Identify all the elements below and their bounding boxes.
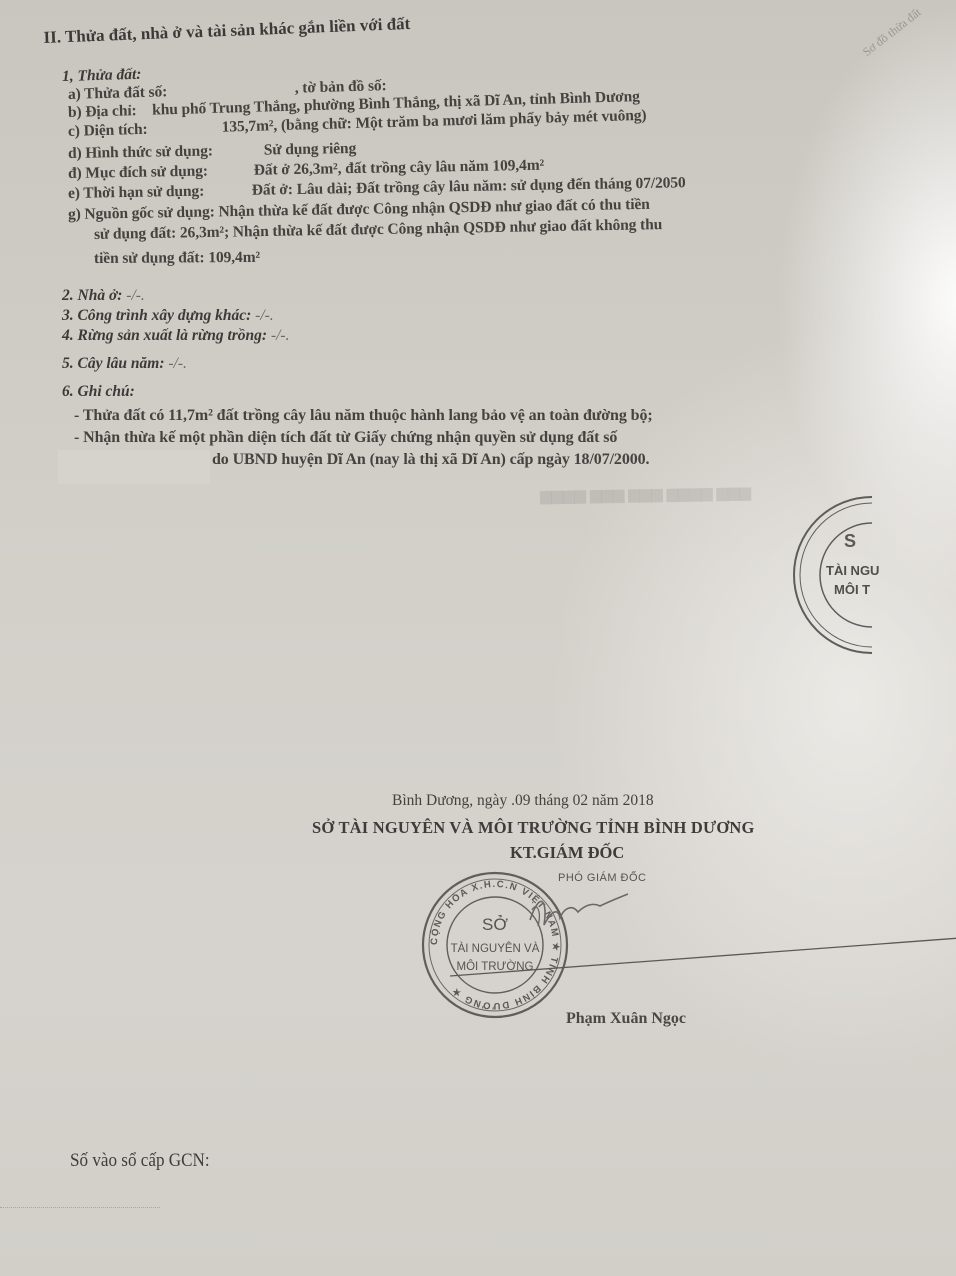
address-label: b) Địa chỉ: [68, 102, 137, 121]
map-sheet-label: , tờ bản đồ số: [294, 77, 386, 97]
partial-seal: S TÀI NGU MÔI T [780, 495, 900, 655]
item-production-forest: 4. Rừng sản xuất là rừng trồng: -/-. [62, 327, 289, 345]
item-house: 2. Nhà ở: -/-. [62, 287, 145, 305]
registry-number-label: Số vào sổ cấp GCN: [70, 1150, 210, 1172]
faint-dotted-line [0, 1207, 160, 1208]
svg-text:TÀI NGU: TÀI NGU [826, 563, 879, 578]
land-number-label: a) Thửa đất số: [68, 83, 168, 103]
issuing-organization: SỞ TÀI NGUYÊN VÀ MÔI TRƯỜNG TỈNH BÌNH DƯ… [312, 818, 755, 838]
place-date: Bình Dương, ngày .09 tháng 02 năm 2018 [392, 792, 654, 810]
usage-form-value: Sử dụng riêng [264, 140, 357, 159]
signer-title: KT.GIÁM ĐỐC [510, 843, 624, 863]
note-2: - Nhận thừa kế một phần diện tích đất từ… [74, 429, 617, 447]
land-number-value [171, 93, 291, 96]
usage-purpose-label: đ) Mục đích sử dụng: [68, 162, 250, 183]
usage-form-label: d) Hình thức sử dụng: [68, 142, 260, 163]
land-subheading: 1, Thửa đất: [62, 66, 142, 86]
item-notes: 6. Ghi chú: [62, 383, 135, 401]
usage-origin-label: g) Nguồn gốc sử dụng: [68, 203, 215, 223]
item-perennial-trees: 5. Cây lâu năm: -/-. [62, 355, 187, 373]
redacted-region [58, 450, 210, 484]
usage-term-label: e) Thời hạn sử dụng: [68, 182, 248, 203]
signer-name: Phạm Xuân Ngọc [566, 1010, 686, 1028]
note-1: - Thửa đất có 11,7m² đất trồng cây lâu n… [74, 407, 653, 425]
handwritten-signature [500, 880, 956, 1000]
svg-text:MÔI T: MÔI T [834, 582, 870, 597]
note-3: do UBND huyện Dĩ An (nay là thị xã Dĩ An… [212, 451, 649, 469]
usage-origin-value-3: tiền sử dụng đất: 109,4m² [94, 249, 260, 268]
usage-purpose-value: Đất ở 26,3m², đất trồng cây lâu năm 109,… [254, 157, 545, 179]
svg-text:S: S [844, 531, 856, 551]
bleed-through-text: ▆▆▆▆ ▆▆▆ ▆▆▆ ▆▆▆▆ ▆▆▆ [540, 486, 751, 509]
item-other-construction: 3. Công trình xây dựng khác: -/-. [62, 307, 274, 325]
